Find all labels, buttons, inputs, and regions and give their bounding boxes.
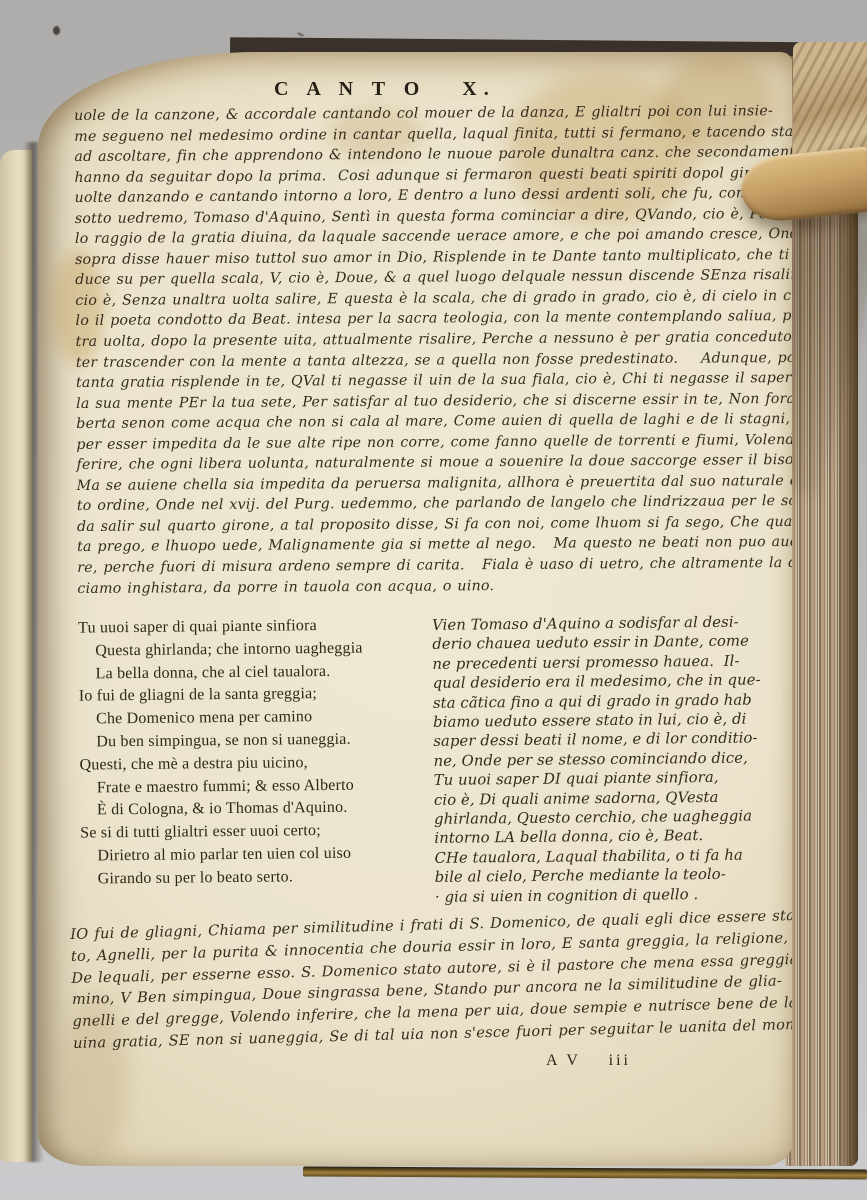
two-column-section: Tu uuoi saper di quai piante sinfioraQue… (38, 610, 792, 618)
main-commentary-paragraph: uole de la canzone, & accordale cantando… (74, 101, 792, 599)
dust-speck (53, 26, 60, 35)
gloss-commentary-column: Vien Tomaso d'Aquino a sodisfar al desi-… (432, 612, 780, 907)
book-page: C A N T O X. uole de la canzone, & accor… (38, 52, 792, 1166)
bottom-commentary-paragraph: IO fui de gliagni, Chiama per similitudi… (70, 904, 792, 1054)
verse-line: Girando su per lo beato serto. (81, 865, 426, 891)
gloss-line: · gia si uien in cognition di quello . (435, 884, 780, 907)
canto-header: C A N T O X. (274, 78, 496, 101)
gloss-line: CHe taualora, Laqual thabilita, o ti fa … (434, 845, 779, 868)
verse-column: Tu uuoi saper di quai piante sinfioraQue… (78, 614, 426, 891)
signature-mark: A V iii (546, 1052, 631, 1070)
dust-speck (297, 32, 305, 38)
gloss-line: ne, Onde per se stesso cominciando dice, (433, 748, 778, 771)
cover-gilt-bottom-edge (303, 1167, 867, 1180)
